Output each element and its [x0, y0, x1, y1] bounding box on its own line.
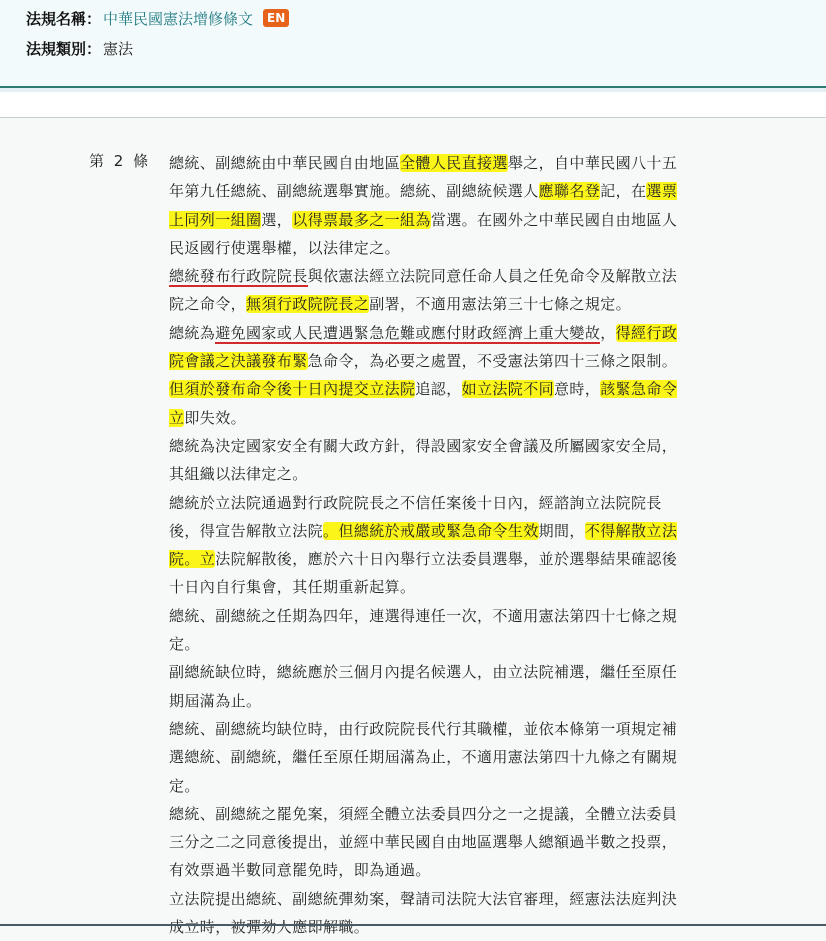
paragraph-text: 意時，	[554, 380, 600, 398]
article-paragraph: 副總統缺位時，總統應於三個月內提名候選人，由立法院補選，繼任至原任期屆滿為止。	[169, 658, 689, 715]
paragraph-text: 副總統缺位時，總統應於三個月內提名候選人，由立法院補選，繼任至原任期屆滿為止。	[169, 663, 677, 709]
colon: ：	[86, 8, 101, 29]
highlighted-text: 但須於發布命令後十日內提交立法院	[169, 380, 415, 398]
paragraph-text: 即失效。	[184, 409, 246, 427]
red-underlined-text: 總統發布行政院院長	[169, 267, 308, 287]
law-category-label: 法規類別	[26, 38, 86, 59]
paragraph-text: ，	[600, 324, 615, 342]
highlighted-text: 以得票最多之一組為	[292, 211, 431, 229]
article-paragraph: 總統、副總統之罷免案，須經全體立法委員四分之一之提議，全體立法委員三分之二之同意…	[169, 800, 689, 885]
paragraph-text: 立法院提出總統、副總統彈劾案，聲請司法院大法官審理，經憲法法庭判決成立時，被彈劾…	[169, 890, 677, 926]
article-paragraph: 總統於立法院通過對行政院院長之不信任案後十日內，經諮詢立法院院長後，得宣告解散立…	[169, 489, 689, 602]
red-underlined-text: 避免國家或人民遭遇緊急危難或應付財	[215, 324, 477, 344]
paragraph-text: 總統為	[169, 324, 215, 342]
paragraph-text: 總統、副總統之罷免案，須經全體立法委員四分之一之提議，全體立法委員三分之二之同意…	[169, 805, 677, 880]
article-paragraph: 總統為避免國家或人民遭遇緊急危難或應付財政經濟上重大變故，得經行政院會議之決議發…	[169, 319, 689, 432]
paragraph-text: 急命令，為必要之處置，不受憲法第四十三條之限制。	[308, 352, 678, 370]
law-header: 法規名稱 ： 中華民國憲法增修條文 EN 法規類別 ： 憲法	[0, 0, 826, 88]
paragraph-text: 總統為決定國家安全有關大政方針，得設國家安全會議及所屬國家安全局，其組織以法律定…	[169, 437, 677, 483]
paragraph-text: 選，	[261, 211, 292, 229]
article-paragraph: 總統、副總統均缺位時，由行政院院長代行其職權，並依本條第一項規定補選總統、副總統…	[169, 715, 689, 800]
article-paragraph: 總統、副總統之任期為四年，連選得連任一次，不適用憲法第四十七條之規定。	[169, 602, 689, 659]
paragraph-text: 法院解散後，應於六十日內舉行立法委員選舉，並於選舉結果確認後十日內自行集會，其任…	[169, 550, 677, 596]
law-name-row: 法規名稱 ： 中華民國憲法增修條文 EN	[26, 7, 289, 29]
highlighted-text: 無須行政院院長之	[246, 295, 369, 313]
article-paragraph: 總統發布行政院院長與依憲法經立法院同意任命人員之任免命令及解散立法院之命令，無須…	[169, 262, 689, 319]
toolbar-band	[0, 92, 826, 118]
colon: ：	[86, 38, 101, 59]
paragraph-text: 記，在	[600, 182, 646, 200]
paragraph-text: 總統、副總統之任期為四年，連選得連任一次，不適用憲法第四十七條之規定。	[169, 607, 677, 653]
english-version-button[interactable]: EN	[263, 9, 289, 27]
paragraph-text: 總統、副總統由中華民國自由地區	[169, 154, 400, 172]
paragraph-text: 總統、副總統均缺位時，由行政院院長代行其職權，並依本條第一項規定補選總統、副總統…	[169, 720, 677, 795]
red-underlined-text: 政經濟上重大變故	[477, 324, 600, 344]
article-number: 第 2 條	[89, 150, 149, 171]
paragraph-text: 副署，不適用憲法第三十七條之規定。	[369, 295, 631, 313]
article-paragraph: 總統為決定國家安全有關大政方針，得設國家安全會議及所屬國家安全局，其組織以法律定…	[169, 432, 689, 489]
paragraph-text: 追認，	[415, 380, 461, 398]
highlighted-text: 。但總統於戒嚴或緊急命令生效	[323, 522, 539, 540]
highlighted-text: 應聯名登	[539, 182, 601, 200]
article-paragraph: 立法院提出總統、副總統彈劾案，聲請司法院大法官審理，經憲法法庭判決成立時，被彈劾…	[169, 885, 689, 926]
law-name-link[interactable]: 中華民國憲法增修條文	[103, 8, 253, 29]
article-paragraph: 總統、副總統由中華民國自由地區全體人民直接選舉之，自中華民國八十五年第九任總統、…	[169, 149, 689, 262]
highlighted-text: 如立法院不同	[462, 380, 554, 398]
law-name-label: 法規名稱	[26, 8, 86, 29]
article-body: 總統、副總統由中華民國自由地區全體人民直接選舉之，自中華民國八十五年第九任總統、…	[169, 149, 689, 926]
law-category-value: 憲法	[103, 38, 133, 59]
law-category-row: 法規類別 ： 憲法	[26, 37, 133, 59]
highlighted-text: 全體人民直接選	[400, 154, 508, 172]
paragraph-text: 期間，	[539, 522, 585, 540]
